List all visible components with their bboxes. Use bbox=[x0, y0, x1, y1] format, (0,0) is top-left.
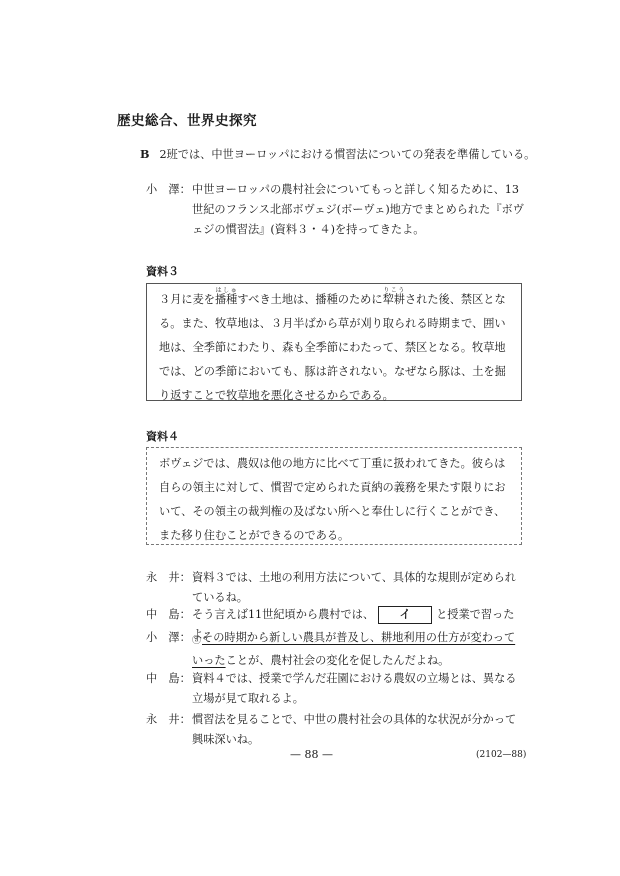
doc3-label: 資料３ bbox=[146, 263, 179, 279]
speaker-name: 小 澤： bbox=[146, 628, 188, 648]
page-code: (2102—88) bbox=[476, 750, 526, 760]
speech-text: 資料４では、授業で学んだ荘園における農奴の立場とは、異なる立場が見て取れるよ。 bbox=[192, 669, 524, 709]
page-number: — 88 — bbox=[290, 748, 333, 761]
dialogue-line-5: 永 井： 慣習法を見ることで、中世の農村社会の具体的な状況が分かって興味深いね。 bbox=[146, 710, 524, 750]
section-title: 歴史総合、世界史探究 bbox=[117, 109, 257, 129]
doc3-text-part: された後、禁区となる。また、牧草地は、３月半ばから草が刈り取られる時期まで、囲い… bbox=[159, 293, 506, 402]
speaker-name: 永 井： bbox=[146, 710, 188, 730]
section-mark: B bbox=[140, 147, 149, 161]
dialogue-line-4: 中 島： 資料４では、授業で学んだ荘園における農奴の立場とは、異なる立場が見て取… bbox=[146, 669, 524, 709]
doc3-box: ３月に麦を播種はしゅすべき土地は、播種のために犂耕りこうされた後、禁区となる。ま… bbox=[146, 283, 522, 401]
underline-marker-a: ⓐ bbox=[192, 636, 201, 646]
lead-sentence: B2班では、中世ヨーロッパにおける慣習法についての発表を準備している。 bbox=[140, 146, 535, 162]
doc4-text: ボヴェジでは、農奴は他の地方に比べて丁重に扱われてきた。彼らは自らの領主に対して… bbox=[159, 457, 506, 542]
ruby-hashu: 播種はしゅ bbox=[215, 293, 237, 306]
speaker-name: 小 澤： bbox=[146, 180, 188, 200]
speech-text: 資料３では、土地の利用方法について、具体的な規則が定められているね。 bbox=[192, 568, 524, 608]
doc4-label: 資料４ bbox=[146, 428, 179, 444]
speaker-name: 中 島： bbox=[146, 605, 188, 625]
doc3-text-part: すべき土地は、播種のために bbox=[237, 293, 382, 306]
answer-blank-i: イ bbox=[378, 606, 432, 624]
speech-text: 慣習法を見ることで、中世の農村社会の具体的な状況が分かって興味深いね。 bbox=[192, 710, 524, 750]
speech-text: そう言えば11世紀頃から農村では、 bbox=[192, 608, 374, 621]
ruby-rikou: 犂耕りこう bbox=[383, 293, 405, 306]
speaker-name: 永 井： bbox=[146, 568, 188, 588]
intro-speech: 小 澤： 中世ヨーロッパの農村社会についてもっと詳しく知るために、13世紀のフラ… bbox=[146, 180, 524, 240]
speech-text: 中世ヨーロッパの農村社会についてもっと詳しく知るために、13世紀のフランス北部ボ… bbox=[192, 180, 524, 240]
dialogue-line-1: 永 井： 資料３では、土地の利用方法について、具体的な規則が定められているね。 bbox=[146, 568, 524, 608]
dialogue-line-3: 小 澤： ⓐその時期から新しい農具が普及し、耕地利用の仕方が変わっていったことが… bbox=[146, 628, 524, 671]
speaker-name: 中 島： bbox=[146, 669, 188, 689]
lead-text: 2班では、中世ヨーロッパにおける慣習法についての発表を準備している。 bbox=[159, 148, 535, 161]
doc3-text-part: ３月に麦を bbox=[159, 293, 215, 306]
doc4-box: ボヴェジでは、農奴は他の地方に比べて丁重に扱われてきた。彼らは自らの領主に対して… bbox=[146, 447, 522, 545]
speech-text: ことが、農村社会の変化を促したんだよね。 bbox=[226, 654, 450, 667]
